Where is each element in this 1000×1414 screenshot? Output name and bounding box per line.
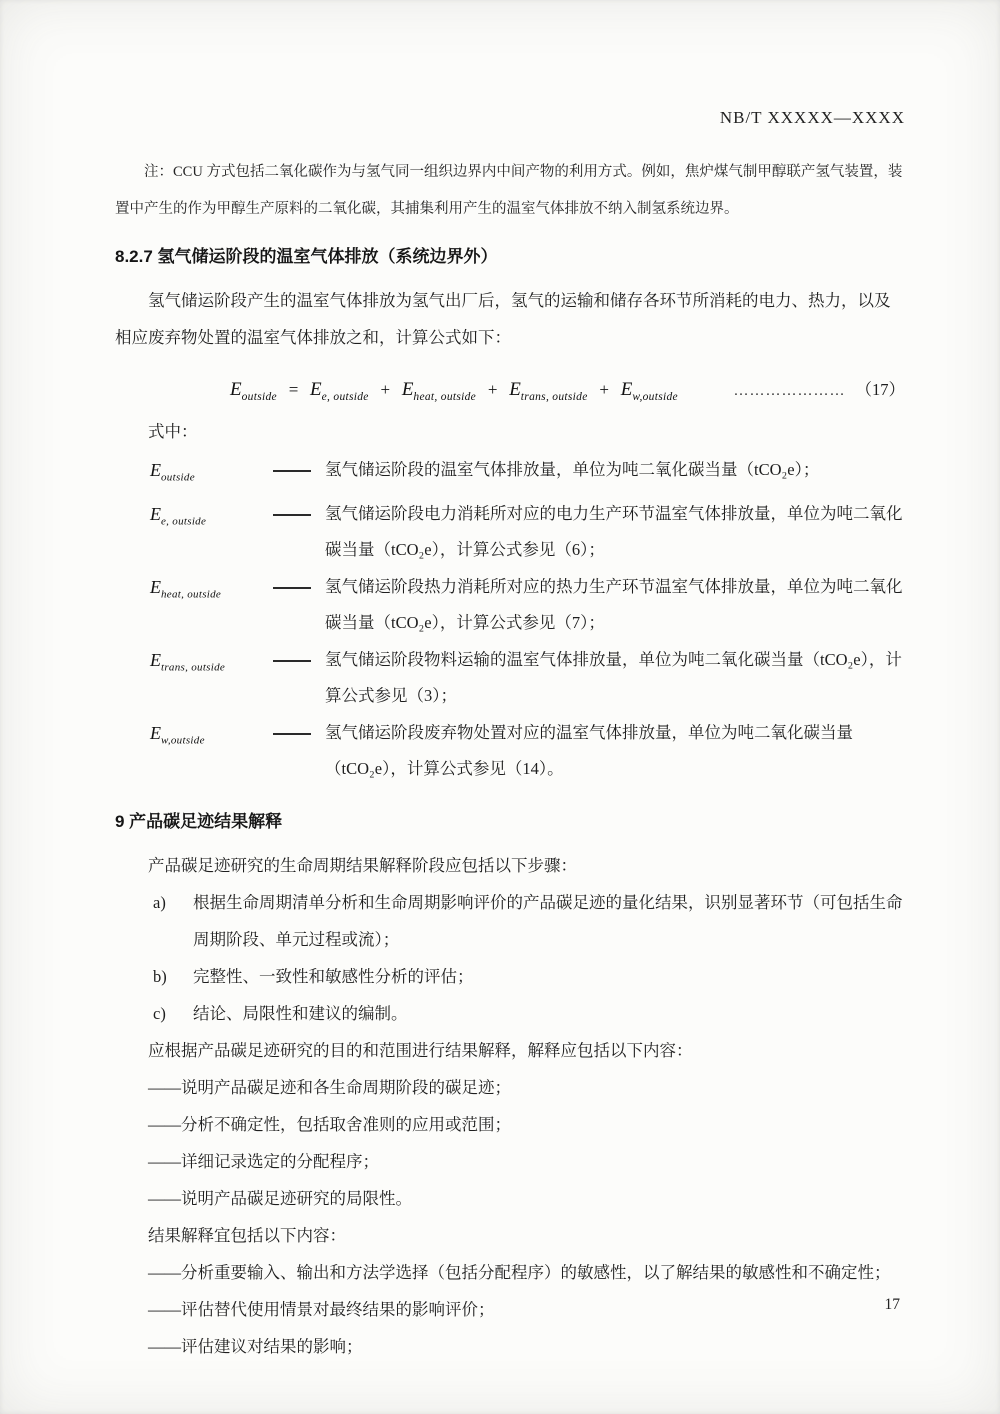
dash-item: ——说明产品碳足迹和各生命周期阶段的碳足迹；	[115, 1069, 905, 1106]
formula-term-4: Ew,outside	[621, 379, 678, 400]
where-label: 式中：	[115, 413, 905, 450]
symbol-e-heat-outside: Eheat, outside	[115, 569, 265, 613]
step-text: 根据生命周期清单分析和生命周期影响评价的产品碳足迹的量化结果，识别显著环节（可包…	[193, 884, 905, 958]
section-9-intro: 产品碳足迹研究的生命周期结果解释阶段应包括以下步骤：	[115, 847, 905, 884]
formula-17: Eoutside = Ee, outside + Eheat, outside …	[115, 376, 905, 403]
step-label: a)	[115, 884, 193, 921]
interpretation-scope-para: 应根据产品碳足迹研究的目的和范围进行结果解释，解释应包括以下内容：	[115, 1032, 905, 1069]
definition-text: 氢气储运阶段物料运输的温室气体排放量，单位为吨二氧化碳当量（tCO₂e），计算公…	[325, 642, 905, 714]
formula-dot-leader: …………………	[708, 383, 846, 400]
symbol-e-e-outside: Ee, outside	[115, 496, 265, 540]
definition-row-trans-outside: Etrans, outside 氢气储运阶段物料运输的温室气体排放量，单位为吨二…	[115, 642, 905, 714]
dash-item: ——分析不确定性，包括取舍准则的应用或范围；	[115, 1106, 905, 1143]
section-8-2-7-heading: 8.2.7 氢气储运阶段的温室气体排放（系统边界外）	[115, 242, 905, 272]
should-include-para: 结果解释宜包括以下内容：	[115, 1217, 905, 1254]
equals-sign: =	[282, 380, 306, 399]
em-dash-separator	[265, 452, 325, 488]
dash-item: ——说明产品碳足迹研究的局限性。	[115, 1180, 905, 1217]
section-9-heading: 9 产品碳足迹结果解释	[115, 807, 905, 837]
doc-number: NB/T XXXXX—XXXX	[720, 108, 905, 127]
symbol-e-w-outside: Ew,outside	[115, 715, 265, 759]
symbol-e-outside: Eoutside	[115, 452, 265, 496]
page-header: NB/T XXXXX—XXXX	[115, 108, 905, 128]
definition-text: 氢气储运阶段热力消耗所对应的热力生产环节温室气体排放量，单位为吨二氧化碳当量（t…	[325, 569, 905, 641]
definition-row-heat-outside: Eheat, outside 氢气储运阶段热力消耗所对应的热力生产环节温室气体排…	[115, 569, 905, 641]
formula-expression: Eoutside = Ee, outside + Eheat, outside …	[230, 379, 678, 403]
plus-sign: +	[592, 380, 616, 399]
formula-number: （17）	[856, 376, 906, 400]
dash-item: ——详细记录选定的分配程序；	[115, 1143, 905, 1180]
symbol-e-trans-outside: Etrans, outside	[115, 642, 265, 686]
document-page: NB/T XXXXX—XXXX 注：CCU 方式包括二氧化碳作为与氢气同一组织边…	[0, 0, 1000, 1414]
definition-text: 氢气储运阶段废弃物处置对应的温室气体排放量，单位为吨二氧化碳当量（tCO₂e），…	[325, 715, 905, 787]
em-dash-separator	[265, 642, 325, 678]
page-number: 17	[885, 1296, 901, 1314]
step-text: 结论、局限性和建议的编制。	[193, 995, 905, 1032]
step-label: b)	[115, 958, 193, 995]
step-label: c)	[115, 995, 193, 1032]
page-content: NB/T XXXXX—XXXX 注：CCU 方式包括二氧化碳作为与氢气同一组织边…	[115, 108, 905, 1365]
formula-term-1: Ee, outside	[310, 379, 369, 400]
step-b: b) 完整性、一致性和敏感性分析的评估；	[115, 958, 905, 995]
step-text: 完整性、一致性和敏感性分析的评估；	[193, 958, 905, 995]
definition-text: 氢气储运阶段电力消耗所对应的电力生产环节温室气体排放量，单位为吨二氧化碳当量（t…	[325, 496, 905, 568]
definition-row-outside: Eoutside 氢气储运阶段的温室气体排放量，单位为吨二氧化碳当量（tCO₂e…	[115, 452, 905, 496]
plus-sign: +	[373, 380, 397, 399]
definition-row-w-outside: Ew,outside 氢气储运阶段废弃物处置对应的温室气体排放量，单位为吨二氧化…	[115, 715, 905, 787]
ccu-note: 注：CCU 方式包括二氧化碳作为与氢气同一组织边界内中间产物的利用方式。例如，焦…	[115, 154, 905, 228]
step-a: a) 根据生命周期清单分析和生命周期影响评价的产品碳足迹的量化结果，识别显著环节…	[115, 884, 905, 958]
formula-term-3: Etrans, outside	[509, 379, 587, 400]
plus-sign: +	[481, 380, 505, 399]
section-8-2-7-intro: 氢气储运阶段产生的温室气体排放为氢气出厂后，氢气的运输和储存各环节所消耗的电力、…	[115, 282, 905, 356]
formula-lhs: Eoutside	[230, 379, 277, 400]
step-c: c) 结论、局限性和建议的编制。	[115, 995, 905, 1032]
definition-row-e-outside: Ee, outside 氢气储运阶段电力消耗所对应的电力生产环节温室气体排放量，…	[115, 496, 905, 568]
definition-text: 氢气储运阶段的温室气体排放量，单位为吨二氧化碳当量（tCO₂e）；	[325, 452, 905, 488]
dash-item: ——评估替代使用情景对最终结果的影响评价；	[115, 1291, 905, 1328]
symbol-definition-list: Eoutside 氢气储运阶段的温室气体排放量，单位为吨二氧化碳当量（tCO₂e…	[115, 452, 905, 788]
dash-item: ——评估建议对结果的影响；	[115, 1328, 905, 1365]
formula-term-2: Eheat, outside	[402, 379, 476, 400]
em-dash-separator	[265, 569, 325, 605]
em-dash-separator	[265, 496, 325, 532]
dash-item: ——分析重要输入、输出和方法学选择（包括分配程序）的敏感性，以了解结果的敏感性和…	[115, 1254, 905, 1291]
em-dash-separator	[265, 715, 325, 751]
